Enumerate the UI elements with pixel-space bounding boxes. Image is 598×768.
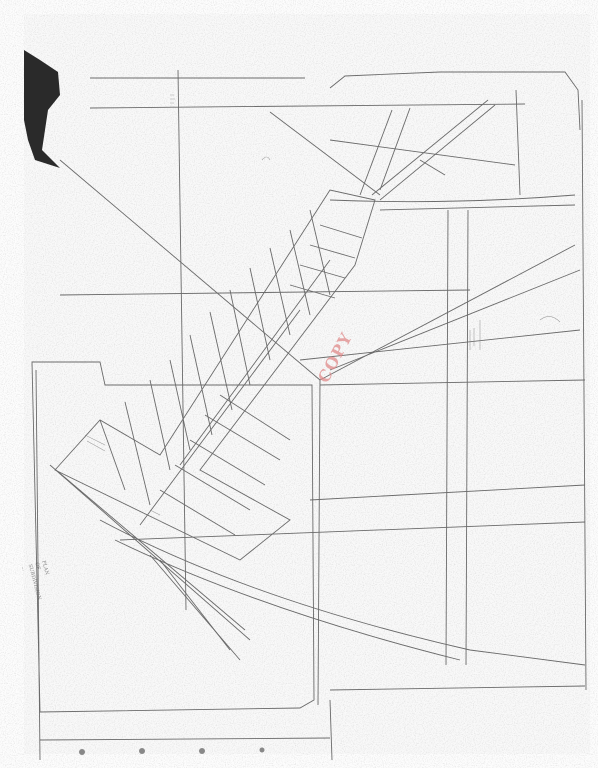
plat-map-sheet: COPY PLAN OF SUBDIVISION ...	[0, 0, 598, 768]
plat-map-drawing	[0, 0, 598, 768]
paper-speckle	[24, 14, 590, 754]
